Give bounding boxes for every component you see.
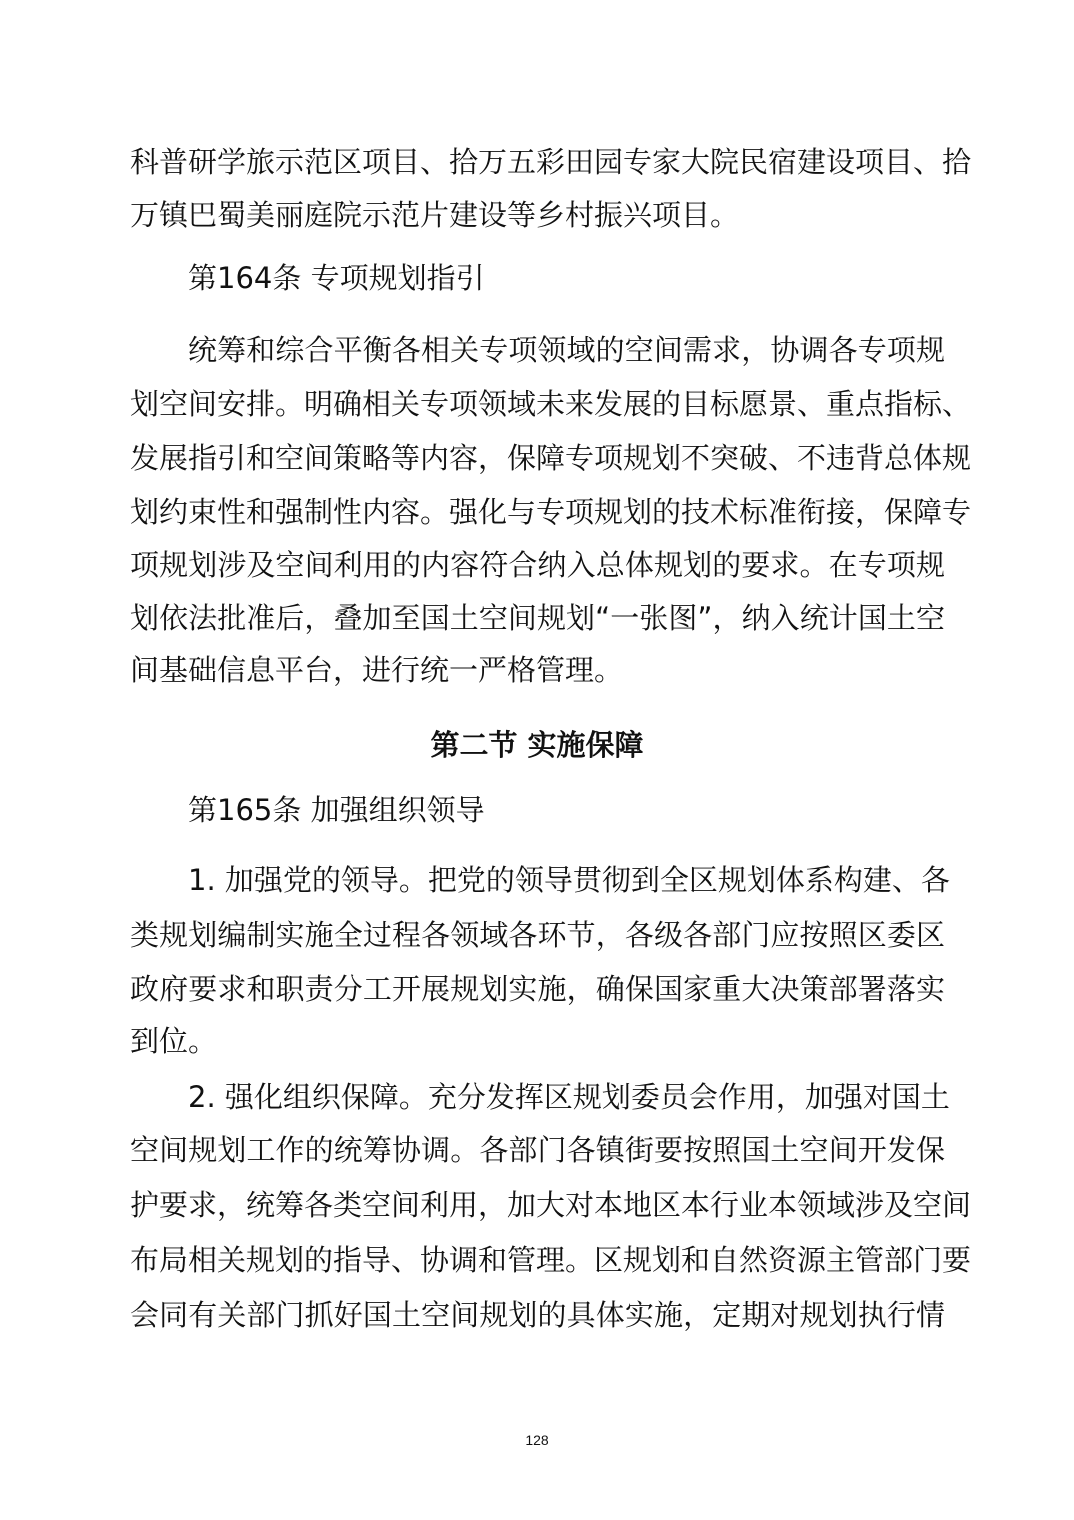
paragraph-line: 1. 加强党的领导。把党的领导贯彻到全区规划体系构建、各 [188,862,945,898]
paragraph-line: 划空间安排。明确相关专项领域未来发展的目标愿景、重点指标、 [130,386,945,422]
paragraph-line: 空间规划工作的统筹协调。各部门各镇街要按照国土空间开发保 [130,1132,945,1168]
paragraph-line: 间基础信息平台，进行统一严格管理。 [130,652,945,688]
paragraph-line: 类规划编制实施全过程各领域各环节，各级各部门应按照区委区 [130,917,945,953]
article-165-title: 第165条 加强组织领导 [188,792,485,828]
article-164-title: 第164条 专项规划指引 [188,260,485,296]
paragraph-line: 到位。 [130,1023,945,1059]
paragraph-line: 政府要求和职责分工开展规划实施，确保国家重大决策部署落实 [130,971,945,1007]
section-heading: 第二节 实施保障 [0,727,1074,763]
paragraph-line: 布局相关规划的指导、协调和管理。区规划和自然资源主管部门要 [130,1242,945,1278]
paragraph-line: 划约束性和强制性内容。强化与专项规划的技术标准衔接，保障专 [130,494,945,530]
paragraph-line: 万镇巴蜀美丽庭院示范片建设等乡村振兴项目。 [130,197,945,233]
paragraph-line: 项规划涉及空间利用的内容符合纳入总体规划的要求。在专项规 [130,547,945,583]
paragraph-line: 会同有关部门抓好国土空间规划的具体实施，定期对规划执行情 [130,1297,945,1333]
page-number: 128 [0,1432,1074,1448]
paragraph-line: 科普研学旅示范区项目、拾万五彩田园专家大院民宿建设项目、拾 [130,144,945,180]
paragraph-line: 划依法批准后，叠加至国土空间规划“一张图”，纳入统计国土空 [130,600,945,636]
paragraph-line: 统筹和综合平衡各相关专项领域的空间需求，协调各专项规 [188,332,945,368]
paragraph-line: 护要求，统筹各类空间利用，加大对本地区本行业本领域涉及空间 [130,1187,945,1223]
document-page: 科普研学旅示范区项目、拾万五彩田园专家大院民宿建设项目、拾 万镇巴蜀美丽庭院示范… [0,0,1074,1520]
paragraph-line: 发展指引和空间策略等内容，保障专项规划不突破、不违背总体规 [130,440,945,476]
paragraph-line: 2. 强化组织保障。充分发挥区规划委员会作用，加强对国土 [188,1079,945,1115]
